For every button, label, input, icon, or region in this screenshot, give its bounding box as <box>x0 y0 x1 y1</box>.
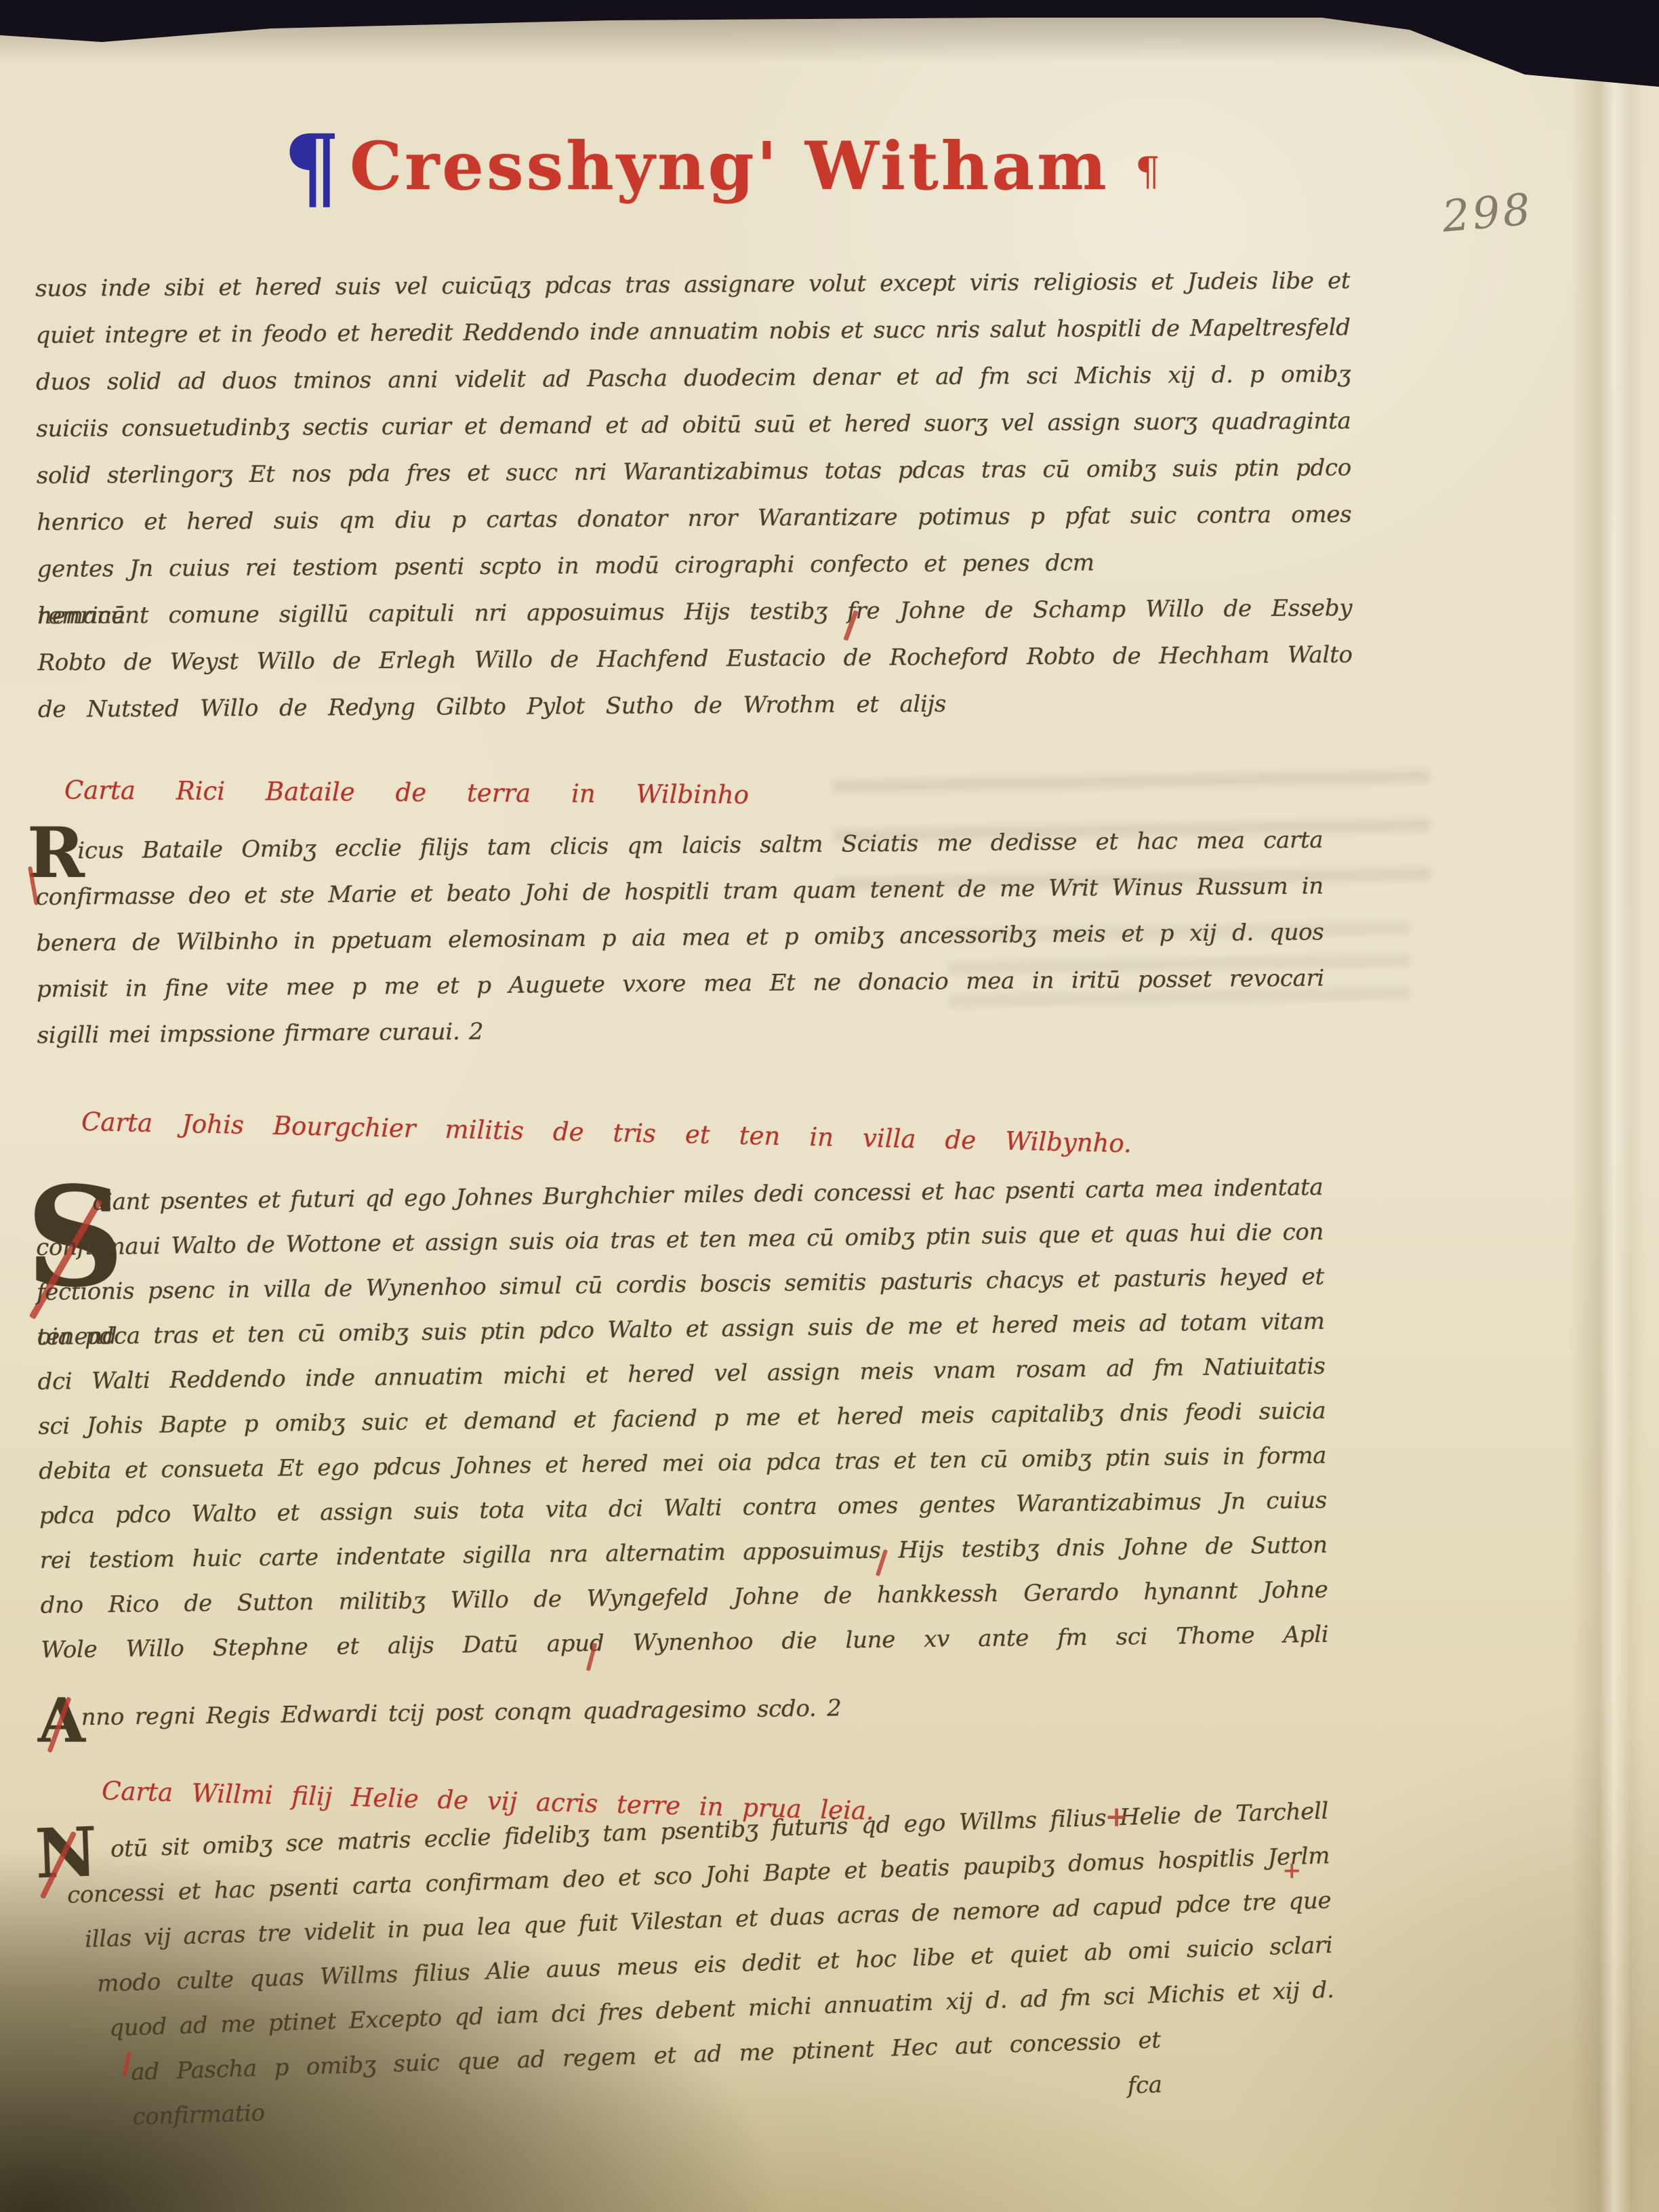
rubric-bourgchier: Carta Johis Bourgchier militis de tris e… <box>81 1107 1132 1158</box>
charter-block-helie: otū sit omibʒ sce matris ecclie fidelibʒ… <box>61 1788 1336 2097</box>
page-heading: ¶Cresshyng' Witham¶ <box>283 114 1160 205</box>
insertion-cross-mark: + <box>1282 1857 1302 1884</box>
manuscript-line: Robto de Weyst Willo de Erlegh Willo de … <box>37 632 1352 687</box>
manuscript-line: suiciis consuetudinbʒ sectis curiar et d… <box>36 398 1351 453</box>
manuscript-line: remanent comune sigillū capituli nri app… <box>37 585 1352 640</box>
top-edge-shadow <box>0 0 1659 75</box>
manuscript-line: duos solid ad duos tminos anni videlit a… <box>36 351 1351 406</box>
manuscript-line: de Nutsted Willo de Redyng Gilbto Pylot … <box>38 681 946 733</box>
charter-block-bourgchier: ciant psentes et futuri qd ego Johnes Bu… <box>35 1165 1330 1740</box>
manuscript-line: quiet integre et in feodo et heredit Red… <box>35 304 1350 359</box>
manuscript-line: henrico et hered suis qm diu p cartas do… <box>37 491 1351 546</box>
pilcrow-mark: ¶ <box>283 123 340 213</box>
manuscript-line: nno regni Regis Edwardi tcij post conqm … <box>41 1686 842 1740</box>
insertion-cross-mark: + <box>1105 1800 1128 1833</box>
manuscript-line: suos inde sibi et hered suis vel cuicūqʒ… <box>35 258 1350 312</box>
manuscript-line: solid sterlingorʒ Et nos pda fres et suc… <box>37 445 1351 499</box>
folio-number: 298 <box>1440 184 1535 242</box>
vertical-fold-crease <box>1571 80 1645 2212</box>
page-title: Cresshyng' Witham <box>350 127 1109 205</box>
parchment-folio: ¶Cresshyng' Witham¶ 298 suos inde sibi e… <box>0 0 1659 2212</box>
manuscript-photo: ¶Cresshyng' Witham¶ 298 suos inde sibi e… <box>0 0 1659 2212</box>
rubric-bataile: Carta Rici Bataile de terra in Wilbinho <box>64 775 749 809</box>
manuscript-line: gentes Jn cuius rei testiom psenti scpto… <box>37 539 1094 593</box>
charter-block-bataile: icus Bataile Omibʒ ecclie filijs tam cli… <box>35 817 1325 1059</box>
heading-end-flourish: ¶ <box>1135 148 1160 194</box>
charter-block-continuation: suos inde sibi et hered suis vel cuicūqʒ… <box>35 258 1353 733</box>
